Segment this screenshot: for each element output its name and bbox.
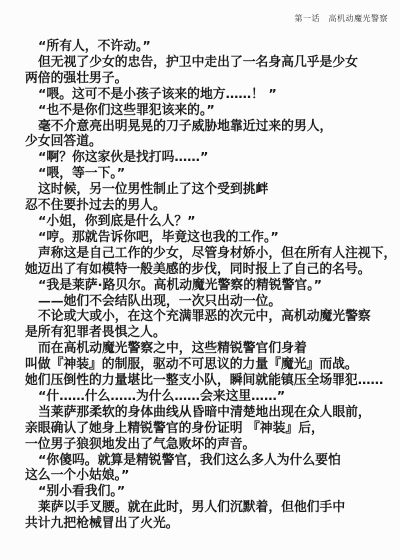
text-line: “什……什么……为什么……会来这里……” — [25, 389, 396, 405]
text-line: “你傻吗。就算是精锐警官，我们这么多人为什么要怕 — [25, 453, 396, 469]
text-line: “别小看我们。” — [25, 484, 396, 500]
text-line: 叫做『神装』的制服，驱动不可思议的力量『魔光』而战。 — [25, 357, 396, 373]
text-line: 她们压倒性的力量堪比一整支小队，瞬间就能镇压全场罪犯…… — [25, 373, 396, 389]
text-line: 这时候，另一位男性制止了这个受到挑衅 — [25, 182, 396, 198]
text-line: 一位男子狼狈地发出了气急败坏的声音。 — [25, 437, 396, 453]
text-line: 她迈出了有如模特一般美感的步伐，同时报上了自己的名号。 — [25, 262, 396, 278]
text-line: 声称这是自己工作的少女，尽管身材娇小，但在所有人注视下， — [25, 246, 396, 262]
text-line: 少女回答道。 — [25, 134, 396, 150]
text-line: 但无视了少女的忠告，护卫中走出了一名身高几乎是少女 — [25, 55, 396, 71]
text-line: “啊？你这家伙是找打吗……” — [25, 150, 396, 166]
text-line: “我是莱萨·路贝尔。高机动魔光警察的精锐警官。” — [25, 278, 396, 294]
text-line: “小姐，你到底是什么人？” — [25, 214, 396, 230]
text-line: 是所有犯罪者畏惧之人。 — [25, 325, 396, 341]
text-line: 两倍的强壮男子。 — [25, 71, 396, 87]
page-body: “所有人，不许动。”但无视了少女的忠告，护卫中走出了一名身高几乎是少女两倍的强壮… — [25, 39, 396, 532]
text-line: 不论或大或小，在这个充满罪恶的次元中，高机动魔光警察 — [25, 309, 396, 325]
chapter-header: 第一话 高机动魔光警察 — [295, 13, 389, 25]
text-line: “所有人，不许动。” — [25, 39, 396, 55]
text-line: 而在高机动魔光警察之中，这些精锐警官们身着 — [25, 341, 396, 357]
text-line: 毫不介意亮出明晃晃的刀子威胁地靠近过来的男人， — [25, 119, 396, 135]
text-line: “喂，等一下。” — [25, 166, 396, 182]
text-line: 莱萨以手叉腰。就在此时，男人们沉默着，但他们手中 — [25, 500, 396, 516]
text-line: 亲眼确认了她身上精锐警官的身份证明 『神装』后， — [25, 421, 396, 437]
text-line: “也不是你们这些罪犯该来的。” — [25, 103, 396, 119]
text-line: ——她们不会结队出现，一次只出动一位。 — [25, 294, 396, 310]
text-line: 当莱萨那柔软的身体曲线从昏暗中清楚地出现在众人眼前， — [25, 405, 396, 421]
book-page: 第一话 高机动魔光警察 “所有人，不许动。”但无视了少女的忠告，护卫中走出了一名… — [0, 0, 400, 560]
text-line: 这么一个小姑娘。” — [25, 468, 396, 484]
text-line: “喂。这可不是小孩子该来的地方……！ ” — [25, 87, 396, 103]
text-line: “哼。那就告诉你吧，毕竟这也我的工作。” — [25, 230, 396, 246]
text-line: 共计九把枪械冒出了火光。 — [25, 516, 396, 532]
text-line: 忍不住要扑过去的男人。 — [25, 198, 396, 214]
